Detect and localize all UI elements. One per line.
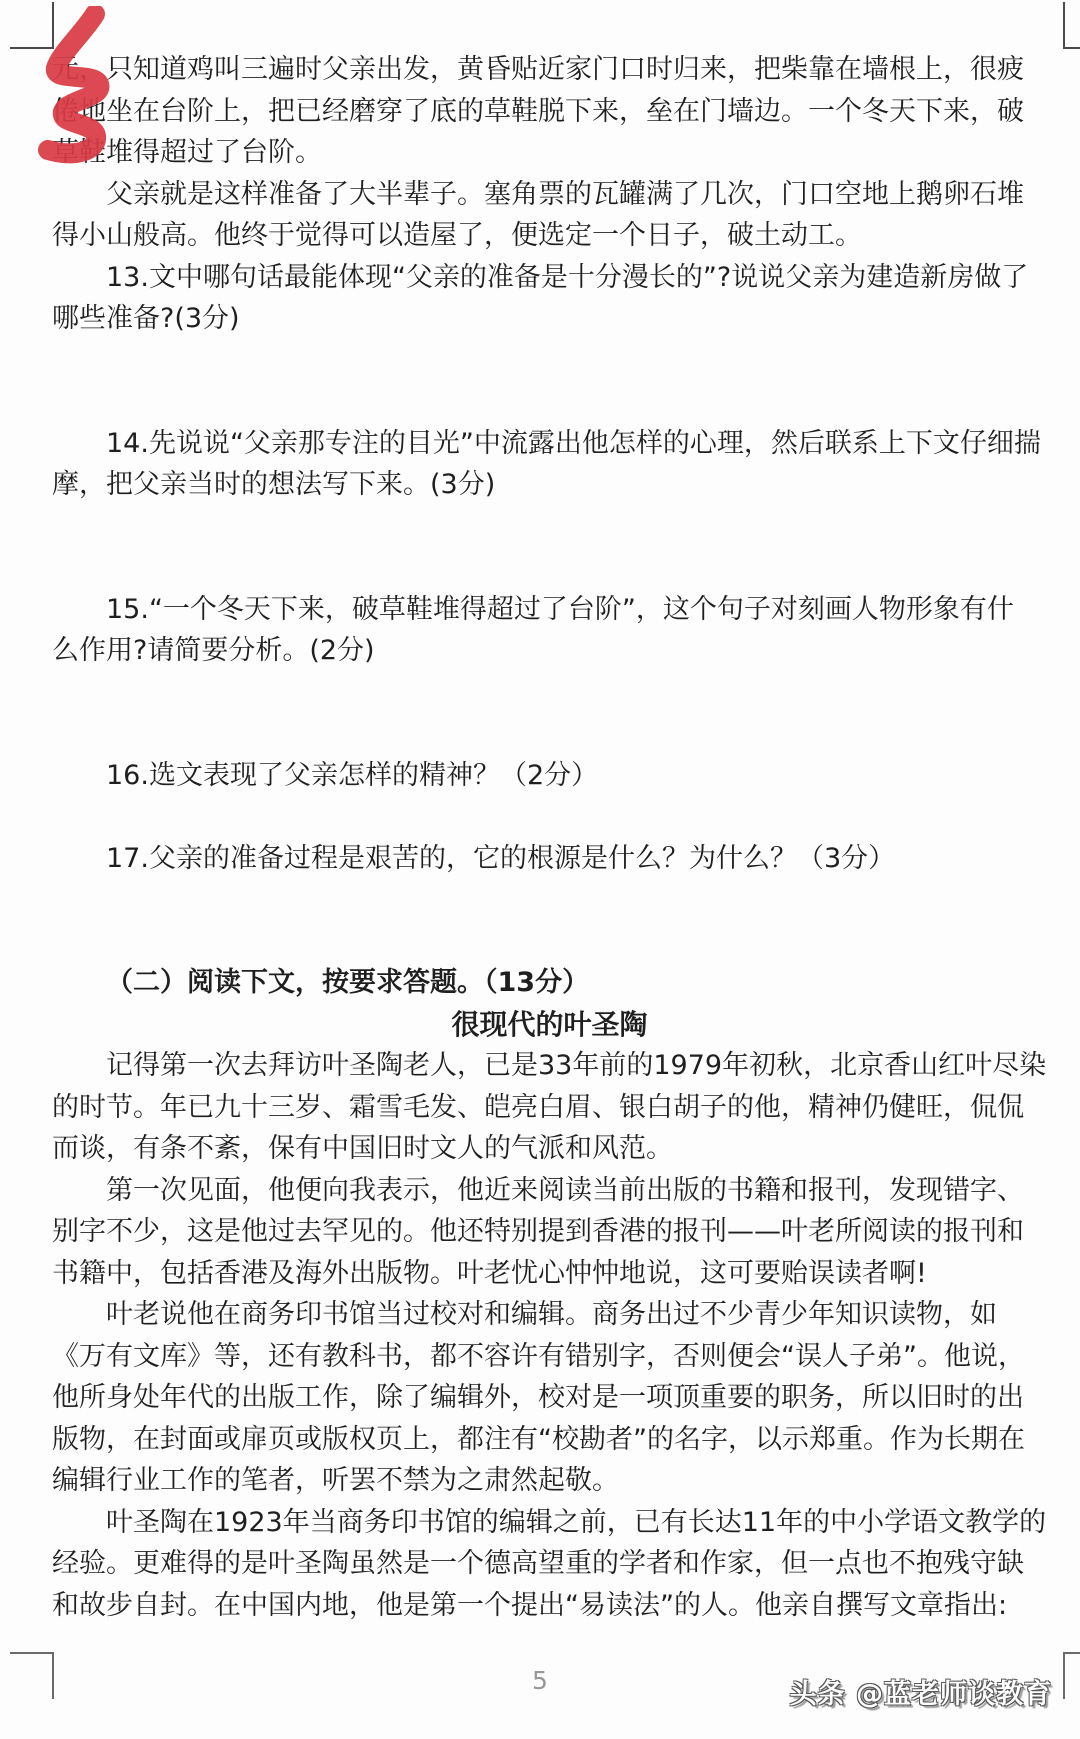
exam-page-photo: { "colors": { "red_mark": "#d93a44", "te…	[0, 0, 1080, 1739]
watermark: 头条 @蓝老师谈教育	[790, 1672, 1052, 1711]
crop-mark-top-right-icon	[1063, 2, 1080, 49]
section-two-heading: （二）阅读下文，按要求答题。（13分）	[52, 962, 1047, 1004]
essay-line: 第一次见面，他便向我表示，他近来阅读当前出版的书籍和报刊，发现错字、	[52, 1170, 1047, 1212]
essay-line: 书籍中，包括香港及海外出版物。叶老忧心忡忡地说，这可要贻误读者啊!	[52, 1253, 1047, 1295]
essay-line: 经验。更难得的是叶圣陶虽然是一个德高望重的学者和作家，但一点也不抱残守缺	[52, 1543, 1047, 1585]
question-16-line: 16.选文表现了父亲怎样的精神？（2分）	[52, 755, 1047, 797]
essay-line: 而谈，有条不紊，保有中国旧时文人的气派和风范。	[52, 1128, 1047, 1170]
question-15-line: 么作用?请简要分析。(2分)	[52, 630, 1047, 672]
passage-line: 草鞋堆得超过了台阶。	[52, 132, 1047, 174]
essay-title: 很现代的叶圣陶	[52, 1004, 1047, 1046]
essay-line: 《万有文库》等，还有教科书，都不容许有错别字，否则便会“误人子弟”。他说，	[52, 1336, 1047, 1378]
question-15-line: 15.“一个冬天下来，破草鞋堆得超过了台阶”，这个句子对刻画人物形象有什	[52, 589, 1047, 631]
crop-mark-top-left-icon	[10, 2, 54, 49]
essay-line: 叶圣陶在1923年当商务印书馆的编辑之前，已有长达11年的中小学语文教学的	[52, 1502, 1047, 1544]
passage-line: 父亲就是这样准备了大半辈子。塞角票的瓦罐满了几次，门口空地上鹅卵石堆	[52, 174, 1047, 216]
essay-line: 叶老说他在商务印书馆当过校对和编辑。商务出过不少青少年知识读物，如	[52, 1294, 1047, 1336]
essay-line: 别字不少，这是他过去罕见的。他还特别提到香港的报刊——叶老所阅读的报刊和	[52, 1211, 1047, 1253]
question-13-line: 哪些准备?(3分)	[52, 298, 1047, 340]
question-14-line: 摩，把父亲当时的想法写下来。(3分)	[52, 464, 1047, 506]
essay-line: 的时节。年已九十三岁、霜雪毛发、皑亮白眉、银白胡子的他，精神仍健旺，侃侃	[52, 1087, 1047, 1129]
essay-line: 记得第一次去拜访叶圣陶老人，已是33年前的1979年初秋，北京香山红叶尽染	[52, 1045, 1047, 1087]
passage-line: 元，只知道鸡叫三遍时父亲出发，黄昏贴近家门口时归来，把柴靠在墙根上，很疲	[52, 49, 1047, 91]
essay-line: 和故步自封。在中国内地，他是第一个提出“易读法”的人。他亲自撰写文章指出:	[52, 1585, 1047, 1627]
question-13-line: 13.文中哪句话最能体现“父亲的准备是十分漫长的”?说说父亲为建造新房做了	[52, 257, 1047, 299]
essay-line: 版物，在封面或扉页或版权页上，都注有“校勘者”的名字，以示郑重。作为长期在	[52, 1419, 1047, 1461]
question-14-line: 14.先说说“父亲那专注的目光”中流露出他怎样的心理，然后联系上下文仔细揣	[52, 423, 1047, 465]
passage-line: 得小山般高。他终于觉得可以造屋了，便选定一个日子，破土动工。	[52, 215, 1047, 257]
question-17-line: 17.父亲的准备过程是艰苦的，它的根源是什么？为什么？（3分）	[52, 838, 1047, 880]
essay-line: 他所身处年代的出版工作，除了编辑外，校对是一项顶重要的职务，所以旧时的出	[52, 1377, 1047, 1419]
essay-line: 编辑行业工作的笔者，听罢不禁为之肃然起敬。	[52, 1460, 1047, 1502]
exam-text-block: 元，只知道鸡叫三遍时父亲出发，黄昏贴近家门口时归来，把柴靠在墙根上，很疲 倦地坐…	[52, 49, 1047, 1626]
passage-line: 倦地坐在台阶上，把已经磨穿了底的草鞋脱下来，垒在门墙边。一个冬天下来，破	[52, 91, 1047, 133]
